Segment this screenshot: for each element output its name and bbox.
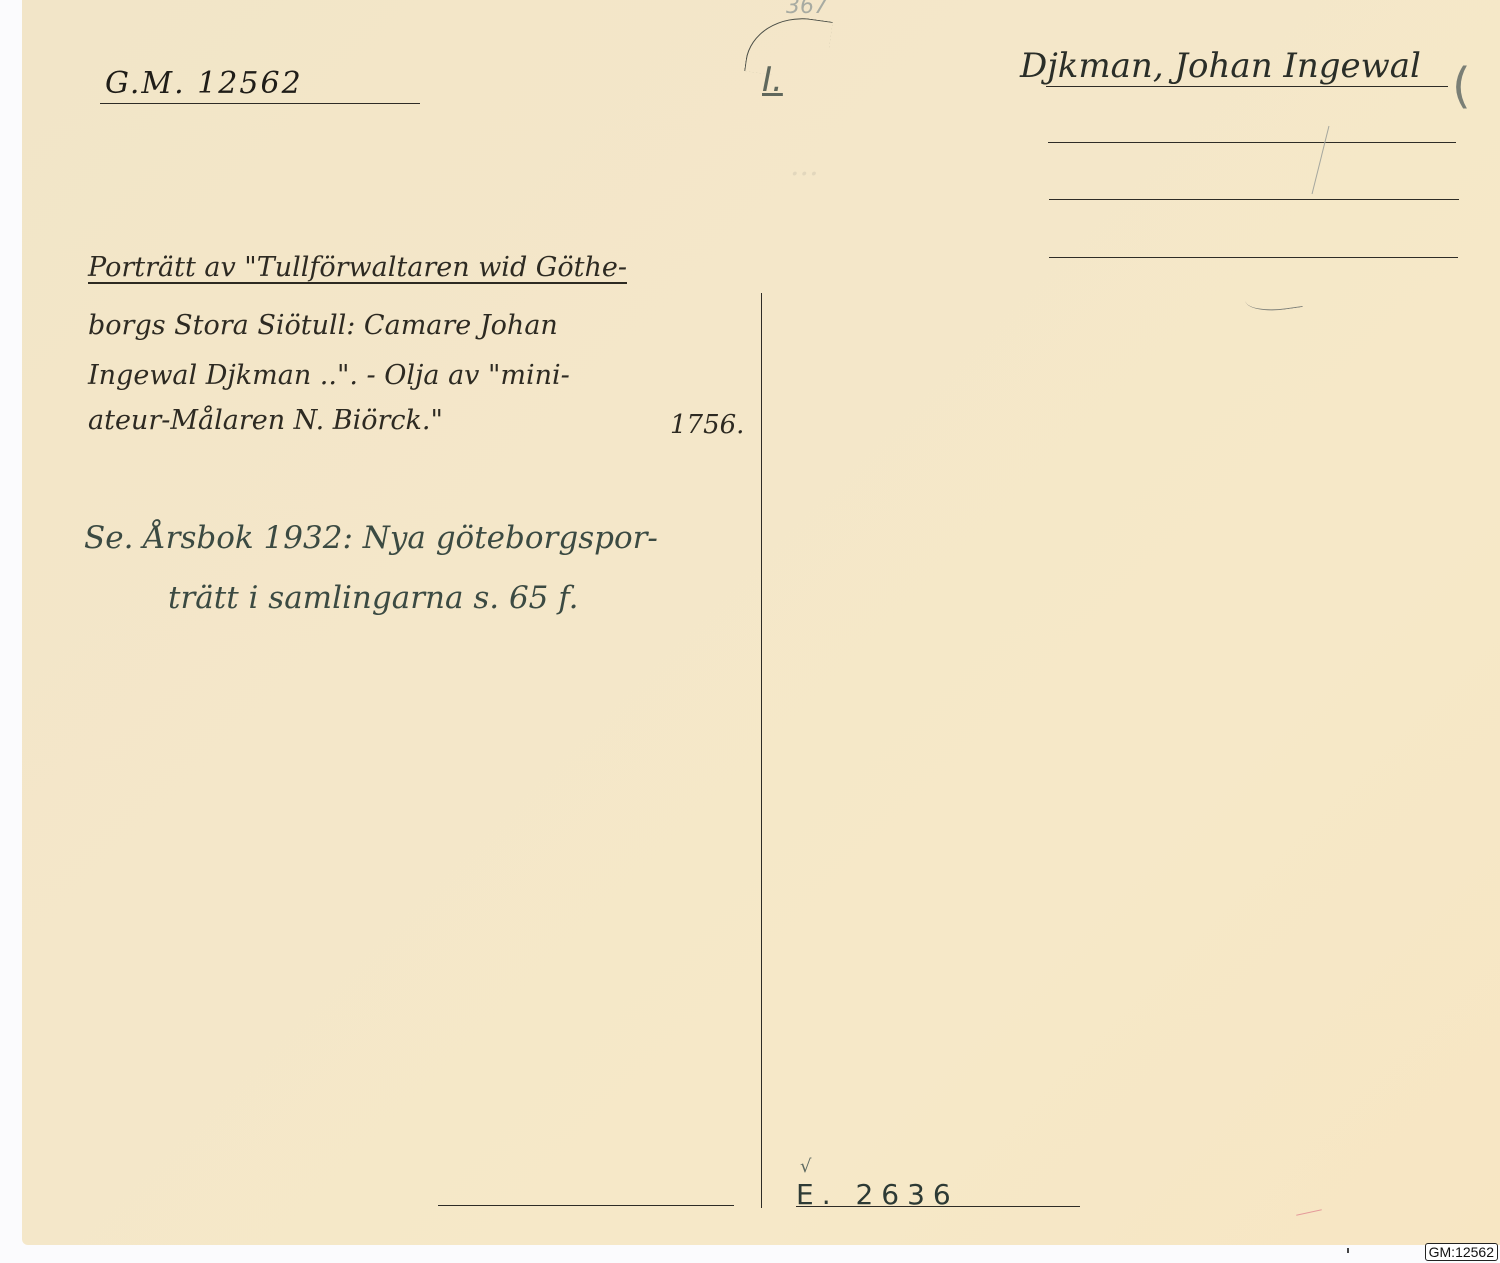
- pencil-bracket: (: [1452, 58, 1471, 114]
- description-line-4: ateur-Målaren N. Biörck.": [88, 405, 443, 436]
- name-rule-3: [1049, 199, 1459, 200]
- pencil-number: 367: [786, 0, 828, 19]
- footer-rule-left: [438, 1205, 734, 1206]
- name-rule-2: [1048, 142, 1456, 143]
- name-rule-1: [1046, 86, 1448, 87]
- ink-speck: [1347, 1248, 1349, 1253]
- center-divider: [761, 293, 762, 1208]
- reference-line-1: Se. Årsbok 1932: Nya göteborgspor-: [84, 520, 658, 556]
- catalog-number: G.M. 12562: [105, 66, 303, 101]
- description-line-2: borgs Stora Siötull: Camare Johan: [88, 310, 558, 341]
- subject-name: Djkman, Johan Ingewal: [1020, 46, 1421, 86]
- reference-line-2: trätt i samlingarna s. 65 f.: [168, 580, 578, 616]
- inventory-number: E. 2636: [796, 1178, 959, 1211]
- scan-id-label: GM:12562: [1425, 1243, 1498, 1261]
- faint-pencil-note: ...: [790, 148, 819, 183]
- description-line-3: Ingewal Djkman ..". - Olja av "mini-: [88, 360, 570, 391]
- check-mark: √: [800, 1156, 811, 1177]
- name-rule-4: [1049, 257, 1458, 258]
- description-year: 1756.: [670, 410, 744, 440]
- description-line-1: Porträtt av "Tullförwaltaren wid Göthe-: [88, 252, 627, 283]
- catalog-number-underline: [100, 103, 420, 104]
- section-numeral: I.: [762, 60, 783, 100]
